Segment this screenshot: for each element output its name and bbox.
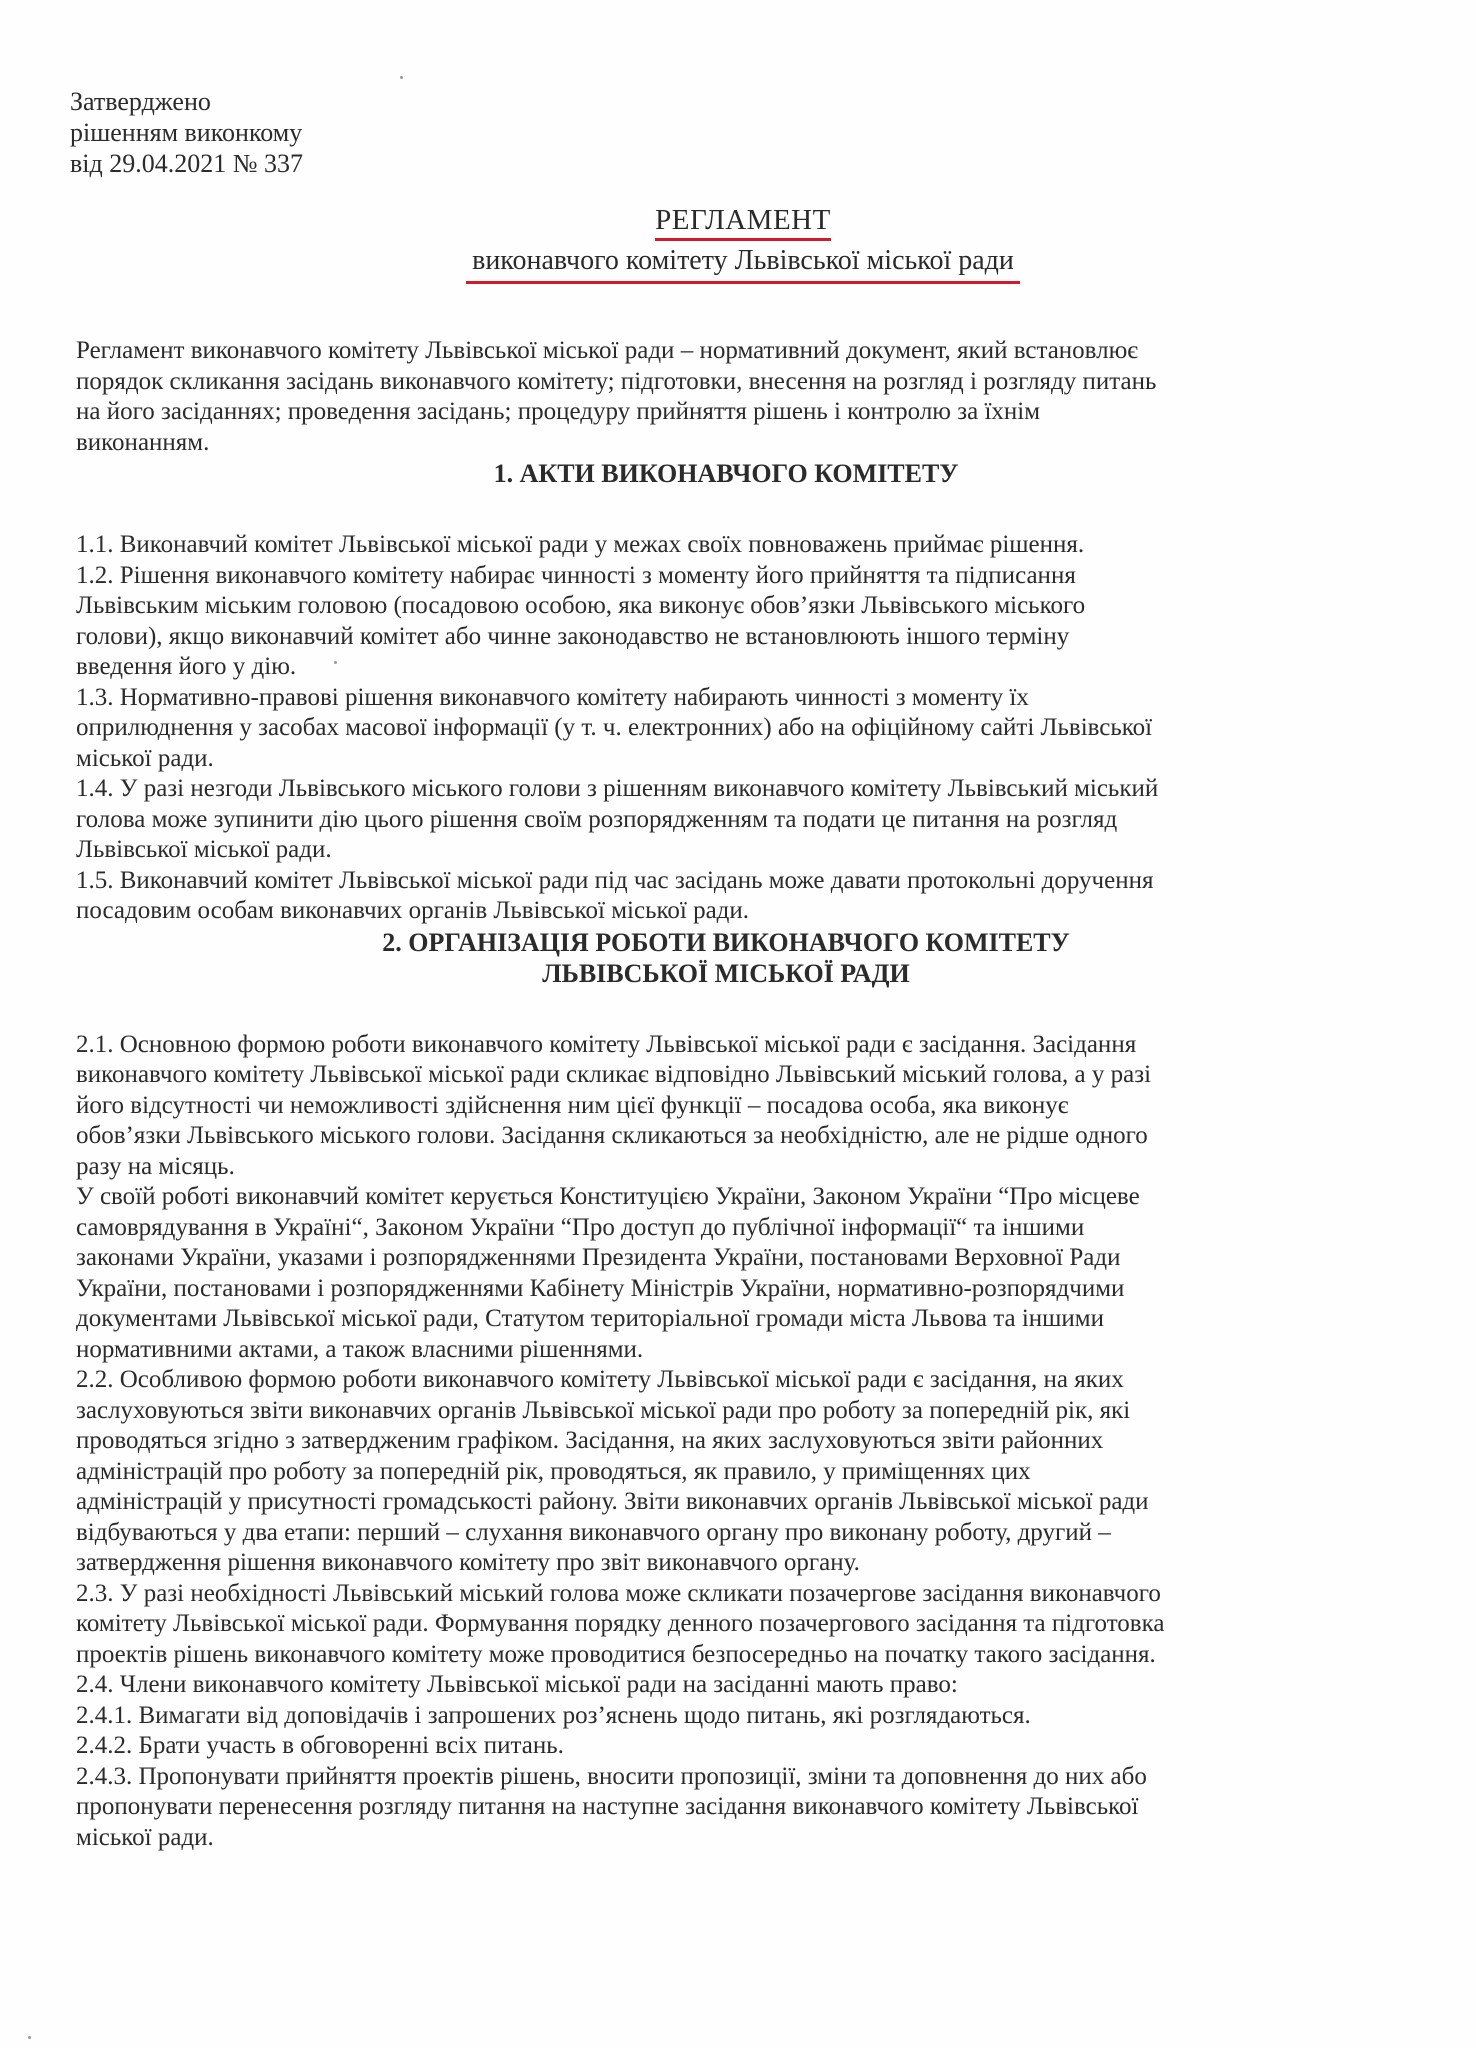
scan-speck xyxy=(334,661,337,664)
section-1-line: 1.5. Виконавчий комітет Львівської міськ… xyxy=(76,866,1336,897)
approval-line-3: від 29.04.2021 № 337 xyxy=(70,148,303,179)
section-2-heading-line-1: 2. ОРГАНІЗАЦІЯ РОБОТИ ВИКОНАВЧОГО КОМІТЕ… xyxy=(96,927,1356,958)
intro-line: Регламент виконавчого комітету Львівсько… xyxy=(76,336,1336,367)
approval-line-1: Затверджено xyxy=(70,86,303,117)
section-2-line: відбуваються у два етапи: перший – слуха… xyxy=(76,1518,1336,1549)
document-title: РЕГЛАМЕНТ xyxy=(655,204,831,241)
section-2-line: 2.3. У разі необхідності Львівський місь… xyxy=(76,1579,1336,1610)
intro-line: порядок скликання засідань виконавчого к… xyxy=(76,367,1336,398)
section-2-line: 2.4.3. Пропонувати прийняття проектів рі… xyxy=(76,1762,1336,1793)
section-1-line: голови), якщо виконавчий комітет або чин… xyxy=(76,622,1336,653)
approval-stamp: Затверджено рішенням виконкому від 29.04… xyxy=(70,86,303,179)
section-2-line: 2.4.2. Брати участь в обговоренні всіх п… xyxy=(76,1731,1336,1762)
section-1-body: 1.1. Виконавчий комітет Львівської міськ… xyxy=(76,530,1336,927)
intro-paragraph: Регламент виконавчого комітету Львівсько… xyxy=(76,336,1336,458)
section-2-line: міської ради. xyxy=(76,1823,1336,1854)
title-block: РЕГЛАМЕНТ виконавчого комітету Львівсько… xyxy=(0,204,1476,284)
section-2-line: 2.4.1. Вимагати від доповідачів і запрош… xyxy=(76,1701,1336,1732)
section-2-line: адміністрацій про роботу за попередній р… xyxy=(76,1457,1336,1488)
scan-speck xyxy=(28,2036,31,2039)
section-2-line: України, постановами і розпорядженнями К… xyxy=(76,1274,1336,1305)
section-2-line: 2.1. Основною формою роботи виконавчого … xyxy=(76,1030,1336,1061)
section-2-line: заслуховуються звіти виконавчих органів … xyxy=(76,1396,1336,1427)
section-2-line: виконавчого комітету Львівської міської … xyxy=(76,1060,1336,1091)
section-2-line: законами України, указами і розпорядженн… xyxy=(76,1243,1336,1274)
section-2-line: проектів рішень виконавчого комітету мож… xyxy=(76,1640,1336,1671)
section-2-line: адміністрацій у присутності громадськост… xyxy=(76,1487,1336,1518)
section-2-line: 2.2. Особливою формою роботи виконавчого… xyxy=(76,1365,1336,1396)
section-2-line: У своїй роботі виконавчий комітет керуєт… xyxy=(76,1182,1336,1213)
section-2-line: обов’язки Львівського міського голови. З… xyxy=(76,1121,1336,1152)
section-1-line: 1.1. Виконавчий комітет Львівської міськ… xyxy=(76,530,1336,561)
section-1-line: Львівської міської ради. xyxy=(76,835,1336,866)
section-1-line: міської ради. xyxy=(76,744,1336,775)
section-1-heading: 1. АКТИ ВИКОНАВЧОГО КОМІТЕТУ xyxy=(96,458,1356,489)
document-page: Затверджено рішенням виконкому від 29.04… xyxy=(0,0,1476,2048)
section-1-line: 1.2. Рішення виконавчого комітету набира… xyxy=(76,561,1336,592)
section-2-line: його відсутності чи неможливості здійсне… xyxy=(76,1091,1336,1122)
intro-line: виконанням. xyxy=(76,428,1336,459)
scan-speck xyxy=(831,1810,834,1813)
section-1-line: Львівським міським головою (посадовою ос… xyxy=(76,591,1336,622)
section-2-line: комітету Львівської міської ради. Формув… xyxy=(76,1609,1336,1640)
section-2-line: проводяться згідно з затвердженим графік… xyxy=(76,1426,1336,1457)
section-1-line: 1.4. У разі незгоди Львівського міського… xyxy=(76,774,1336,805)
section-2-line: затвердження рішення виконавчого комітет… xyxy=(76,1548,1336,1579)
scan-speck xyxy=(400,76,403,79)
section-1-line: оприлюднення у засобах масової інформаці… xyxy=(76,713,1336,744)
section-2-body: 2.1. Основною формою роботи виконавчого … xyxy=(76,1030,1336,1854)
intro-line: на його засіданнях; проведення засідань;… xyxy=(76,397,1336,428)
section-2-line: разу на місяць. xyxy=(76,1152,1336,1183)
section-2-line: документами Львівської міської ради, Ста… xyxy=(76,1304,1336,1335)
section-1-line: введення його у дію. xyxy=(76,652,1336,683)
approval-line-2: рішенням виконкому xyxy=(70,117,303,148)
section-1-line: 1.3. Нормативно-правові рішення виконавч… xyxy=(76,683,1336,714)
section-1-line: посадовим особам виконавчих органів Льві… xyxy=(76,896,1336,927)
section-2-line: пропонувати перенесення розгляду питання… xyxy=(76,1792,1336,1823)
section-2-line: 2.4. Члени виконавчого комітету Львівськ… xyxy=(76,1670,1336,1701)
section-2-line: самоврядування в Україні“, Законом Украї… xyxy=(76,1213,1336,1244)
document-subtitle: виконавчого комітету Львівської міської … xyxy=(466,245,1020,284)
document-body: Регламент виконавчого комітету Львівсько… xyxy=(76,336,1336,1853)
section-2-heading-line-2: ЛЬВІВСЬКОЇ МІСЬКОЇ РАДИ xyxy=(96,958,1356,989)
section-1-line: голова може зупинити дію цього рішення с… xyxy=(76,805,1336,836)
section-2-line: нормативними актами, а також власними рі… xyxy=(76,1335,1336,1366)
